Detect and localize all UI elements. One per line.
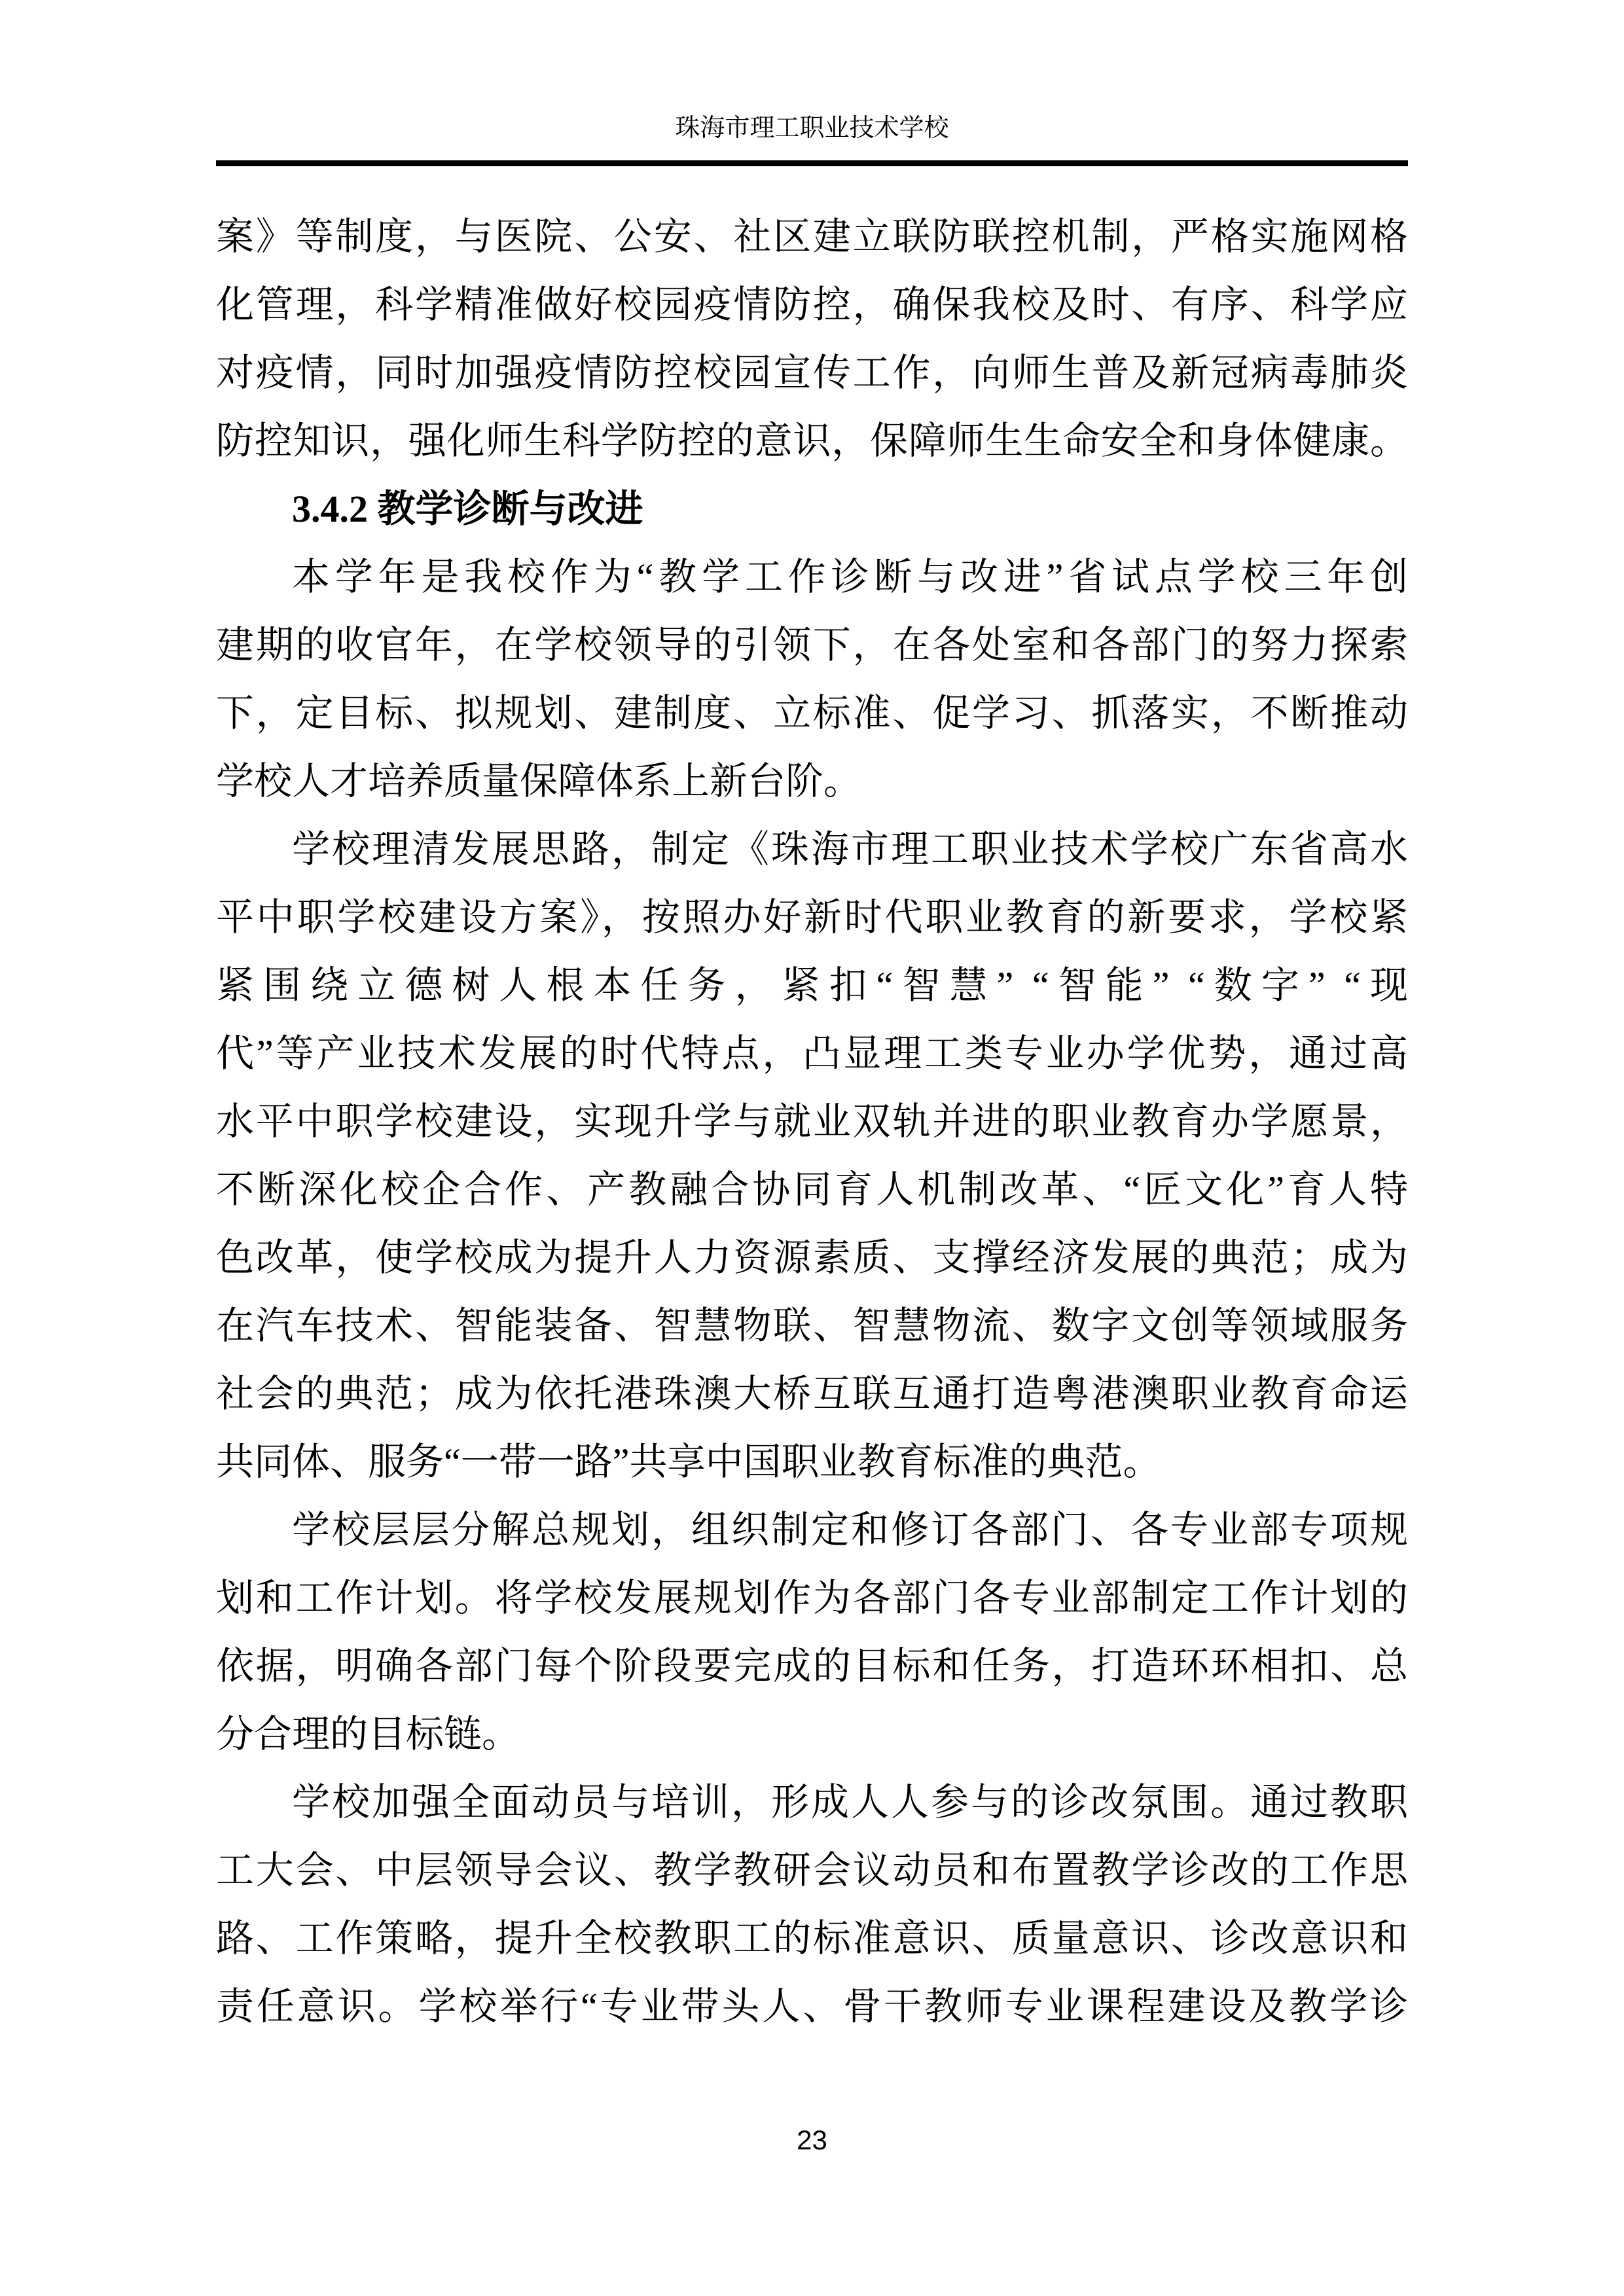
document-page: 珠海市理工职业技术学校 案》等制度，与医院、公安、社区建立联防联控机制，严格实施… <box>0 0 1624 2296</box>
text-line: 代”等产业技术发展的时代特点，凸显理工类专业办学优势，通过高 <box>216 1020 1408 1088</box>
text-line: 防控知识，强化师生科学防控的意识，保障师生生命安全和身体健康。 <box>216 407 1408 475</box>
text-line: 共同体、服务“一带一路”共享中国职业教育标准的典范。 <box>216 1428 1408 1496</box>
text-line: 路、工作策略，提升全校教职工的标准意识、质量意识、诊改意识和 <box>216 1905 1408 1973</box>
text-line: 不断深化校企合作、产教融合协同育人机制改革、“匠文化”育人特 <box>216 1156 1408 1224</box>
header-title: 珠海市理工职业技术学校 <box>0 113 1624 144</box>
text-line: 依据，明确各部门每个阶段要完成的目标和任务，打造环环相扣、总 <box>216 1632 1408 1700</box>
text-line: 水平中职学校建设，实现升学与就业双轨并进的职业教育办学愿景， <box>216 1088 1408 1156</box>
text-line: 分合理的目标链。 <box>216 1700 1408 1768</box>
text-line: 学校层层分解总规划，组织制定和修订各部门、各专业部专项规 <box>216 1496 1408 1564</box>
text-line: 社会的典范；成为依托港珠澳大桥互联互通打造粤港澳职业教育命运 <box>216 1360 1408 1428</box>
page-number: 23 <box>0 2123 1624 2157</box>
text-line: 平中职学校建设方案》，按照办好新时代职业教育的新要求，学校紧 <box>216 884 1408 952</box>
header-rule <box>216 160 1408 166</box>
text-line: 案》等制度，与医院、公安、社区建立联防联控机制，严格实施网格 <box>216 203 1408 271</box>
text-line: 对疫情，同时加强疫情防控校园宣传工作，向师生普及新冠病毒肺炎 <box>216 339 1408 407</box>
text-line: 建期的收官年，在学校领导的引领下，在各处室和各部门的努力探索 <box>216 611 1408 679</box>
text-line: 学校理清发展思路，制定《珠海市理工职业技术学校广东省高水 <box>216 816 1408 884</box>
text-line: 色改革，使学校成为提升人力资源素质、支撑经济发展的典范；成为 <box>216 1224 1408 1292</box>
text-line: 紧围绕立德树人根本任务，紧扣“智慧” “智能” “数字” “现 <box>216 952 1408 1020</box>
text-line: 学校人才培养质量保障体系上新台阶。 <box>216 747 1408 816</box>
text-line: 本学年是我校作为“教学工作诊断与改进”省试点学校三年创 <box>216 543 1408 611</box>
text-line: 在汽车技术、智能装备、智慧物联、智慧物流、数字文创等领域服务 <box>216 1292 1408 1360</box>
section-heading: 3.4.2 教学诊断与改进 <box>216 475 1408 543</box>
text-line: 化管理，科学精准做好校园疫情防控，确保我校及时、有序、科学应 <box>216 271 1408 339</box>
text-line: 责任意识。学校举行“专业带头人、骨干教师专业课程建设及教学诊 <box>216 1973 1408 2041</box>
text-line: 下，定目标、拟规划、建制度、立标准、促学习、抓落实，不断推动 <box>216 679 1408 747</box>
text-line: 工大会、中层领导会议、教学教研会议动员和布置教学诊改的工作思 <box>216 1837 1408 1905</box>
text-line: 划和工作计划。将学校发展规划作为各部门各专业部制定工作计划的 <box>216 1564 1408 1632</box>
document-body: 案》等制度，与医院、公安、社区建立联防联控机制，严格实施网格 化管理，科学精准做… <box>216 203 1408 2041</box>
text-line: 学校加强全面动员与培训，形成人人参与的诊改氛围。通过教职 <box>216 1768 1408 1837</box>
